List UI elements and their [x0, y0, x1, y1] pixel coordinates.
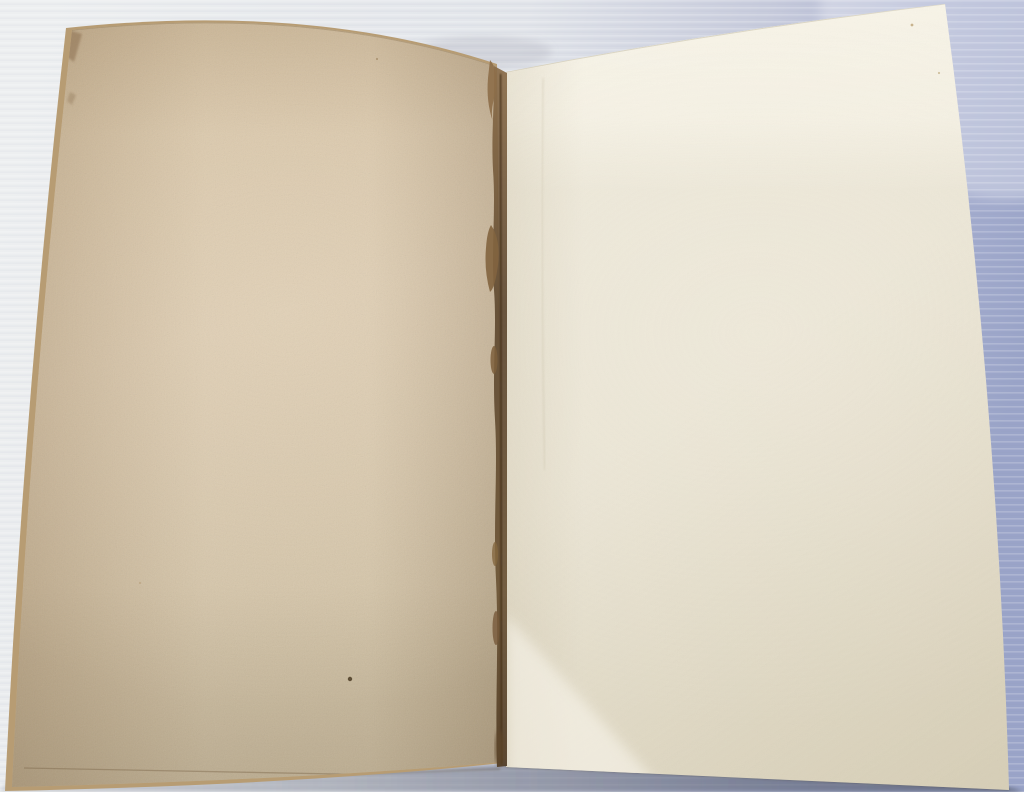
torn-fragment-mid — [491, 346, 498, 374]
left-page-small-speck — [376, 58, 378, 60]
gutter-bottom-smudge — [495, 730, 505, 766]
torn-fragment-lower — [492, 542, 498, 566]
right-page-speck-2 — [938, 72, 940, 74]
right-page-speck-1 — [911, 24, 914, 27]
left-page-faint-speck — [139, 582, 141, 584]
photo-open-book — [0, 0, 1024, 792]
gutter-core-line — [500, 74, 502, 764]
torn-fragment-low — [493, 611, 500, 645]
left-page-dark-fleck — [348, 677, 352, 681]
book-photo-canvas — [0, 0, 1024, 792]
